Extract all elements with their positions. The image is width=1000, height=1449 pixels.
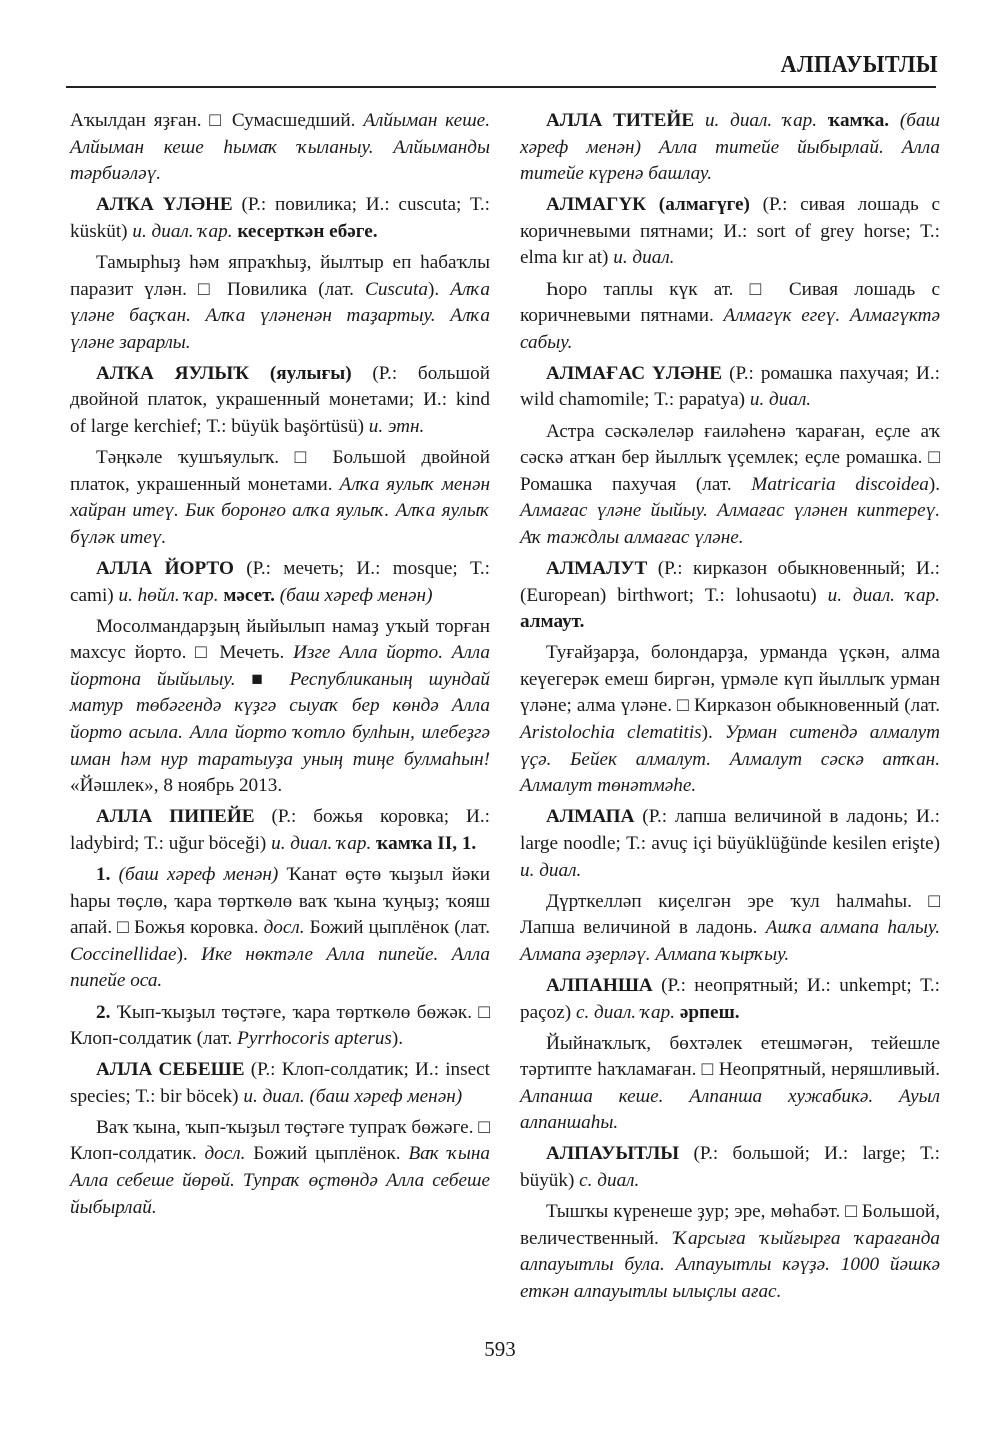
body-text: ). — [428, 279, 450, 300]
body-text: ■ — [236, 669, 290, 690]
dictionary-paragraph: 2. Ҡып-ҡыҙыл төҫтәге, ҡара төрткөлө бөжә… — [70, 1000, 490, 1053]
dictionary-paragraph: Дүрткелләп киҫелгән эре ҡул һалмаһы. □ Л… — [520, 889, 940, 969]
dictionary-paragraph: Мосолмандарҙың йыйылып намаҙ уҡый торған… — [70, 614, 490, 800]
dictionary-paragraph: Тәңкәле ҡушъяулыҡ. □ Большой двойной пла… — [70, 445, 490, 551]
body-text: ). — [392, 1028, 403, 1049]
body-text: Аҡылдан яҙған. □ Сумасшедший. — [70, 110, 363, 131]
body-text — [694, 110, 705, 131]
italic-text: Алмағас үләне йыйыу. Алмағас үләнен кипт… — [520, 500, 940, 548]
dictionary-paragraph: Йыйнаҡлыҡ, бөхтәлек етешмәгән, тейешле т… — [520, 1031, 940, 1137]
body-text: Божий цыплёнок. — [245, 1143, 408, 1164]
dictionary-paragraph: АЛПАУЫТЛЫ (Р.: большой; И.: large; Т.: b… — [520, 1141, 940, 1194]
headword-text: АЛМАГҮК (алмагүге) — [546, 194, 750, 215]
headword-text: кесерткән ебәге. — [237, 221, 377, 242]
italic-text: (баш хәреф менән) — [119, 864, 279, 885]
italic-text: и. диал. (баш хәреф менән) — [243, 1086, 462, 1107]
headword-text: ҡамҡа. — [828, 110, 889, 131]
dictionary-paragraph: Туғайҙарҙа, болондарҙа, урманда үҫкән, а… — [520, 640, 940, 800]
dictionary-paragraph: АЛМАЛУТ (Р.: кирказон обыкновенный; И.: … — [520, 556, 940, 636]
dictionary-paragraph: АЛМАПА (Р.: лапша величиной в ладонь; И.… — [520, 804, 940, 884]
italic-text: Coccinellidae — [70, 944, 177, 965]
dictionary-paragraph: АЛҠА ҮЛӘНЕ (Р.: повилика; И.: cuscuta; Т… — [70, 192, 490, 245]
body-text: «Йәшлек», 8 ноябрь 2013. — [70, 775, 282, 796]
dictionary-paragraph: АЛҠА ЯУЛЫҠ (яулығы) (Р.: большой двойной… — [70, 361, 490, 441]
headword-text: ҡамҡа II, 1. — [376, 833, 476, 854]
dictionary-paragraph: Астра сәскәлеләр ғаиләһенә ҡараған, еҫле… — [520, 419, 940, 552]
italic-text: Matricaria discoidea — [751, 474, 928, 495]
body-text: ). — [929, 474, 940, 495]
dictionary-paragraph: Һоро таплы күк ат. □ Сивая лошадь с кори… — [520, 277, 940, 357]
headword-text: алмаут. — [520, 611, 584, 632]
dictionary-paragraph: АЛЛА ПИПЕЙЕ (Р.: божья коровка; И.: lady… — [70, 804, 490, 857]
dictionary-paragraph: Тамырһыҙ һәм япраҡһыҙ, йылтыр еп һабаҡлы… — [70, 250, 490, 356]
entry-continuation: Аҡылдан яҙған. □ Сумасшедший. Алйыман ке… — [70, 108, 490, 188]
headword-text: АЛПАНША — [546, 975, 653, 996]
italic-text: досл. — [204, 1143, 245, 1164]
italic-text: и. диал. ҡар. — [705, 110, 817, 131]
headword-text: АЛМАЛУТ — [546, 558, 647, 579]
headword-text: АЛМАҒАС ҮЛӘНЕ — [546, 363, 722, 384]
headword-text: 2. — [96, 1002, 110, 1023]
running-head: АЛПАУЫТЛЫ — [781, 52, 938, 79]
dictionary-paragraph: Тышҡы күренеше ҙур; эре, мөһабәт. □ Боль… — [520, 1199, 940, 1305]
headword-text: АЛЛА СЕБЕШЕ — [96, 1059, 245, 1080]
italic-text: досл. — [264, 917, 305, 938]
italic-text: с. диал. — [579, 1170, 639, 1191]
dictionary-paragraph: 1. (баш хәреф менән) Ҡанат өҫтө ҡыҙыл йә… — [70, 862, 490, 995]
headword-text: АЛПАУЫТЛЫ — [546, 1143, 679, 1164]
italic-text: Cuscuta — [365, 279, 428, 300]
body-text — [110, 864, 118, 885]
italic-text: и. диал. ҡар. — [132, 221, 232, 242]
headword-text: АЛЛА ПИПЕЙЕ — [96, 806, 255, 827]
italic-text: Aristolochia clematitis — [520, 722, 702, 743]
italic-text: и. диал. — [613, 247, 674, 268]
page-number: 593 — [0, 1337, 1000, 1362]
dictionary-paragraph: АЛЛА ТИТЕЙЕ и. диал. ҡар. ҡамҡа. (баш хә… — [520, 108, 940, 188]
body-text: Туғайҙарҙа, болондарҙа, урманда үҫкән, а… — [520, 642, 940, 716]
dictionary-paragraph: Ваҡ ҡына, ҡып-ҡыҙыл төҫтәге тупраҡ бөжәг… — [70, 1115, 490, 1221]
italic-text: с. диал. ҡар. — [576, 1002, 675, 1023]
body-text: ). — [702, 722, 725, 743]
body-text: ). — [177, 944, 202, 965]
headword-text: АЛЛА ТИТЕЙЕ — [546, 110, 694, 131]
body-text: Йыйнаҡлыҡ, бөхтәлек етешмәгән, тейешле т… — [520, 1033, 940, 1081]
body-text — [817, 110, 828, 131]
headword-text: АЛҠА ҮЛӘНЕ — [96, 194, 233, 215]
dictionary-paragraph: АЛПАНША (Р.: неопрятный; И.: unkempt; Т.… — [520, 973, 940, 1026]
dictionary-paragraph: АЛЛА СЕБЕШЕ (Р.: Клоп-солдатик; И.: inse… — [70, 1057, 490, 1110]
italic-text: и. диал. ҡар. — [828, 585, 940, 606]
body-text: Божий цыплёнок (лат. — [305, 917, 490, 938]
italic-text: и. һөйл. ҡар. — [118, 585, 218, 606]
headword-text: 1. — [96, 864, 110, 885]
dictionary-paragraph: АЛМАГҮК (алмагүге) (Р.: сивая лошадь с к… — [520, 192, 940, 272]
italic-text: (баш хәреф менән) — [280, 585, 433, 606]
left-column: Аҡылдан яҙған. □ Сумасшедший. Алйыман ке… — [70, 108, 490, 1226]
italic-text: и. диал. ҡар. — [271, 833, 371, 854]
headword-text: мәсет. — [223, 585, 275, 606]
italic-text: и. диал. — [750, 389, 811, 410]
headword-text: АЛЛА ЙОРТО — [96, 558, 234, 579]
headword-text: АЛҠА ЯУЛЫҠ (яулығы) — [96, 363, 352, 384]
dictionary-paragraph: АЛЛА ЙОРТО (Р.: мечеть; И.: mosque; Т.: … — [70, 556, 490, 609]
dictionary-paragraph: АЛМАҒАС ҮЛӘНЕ (Р.: ромашка пахучая; И.: … — [520, 361, 940, 414]
right-column: АЛЛА ТИТЕЙЕ и. диал. ҡар. ҡамҡа. (баш хә… — [520, 108, 940, 1310]
italic-text: Алпанша кеше. Алпанша хужабикә. Ауыл алп… — [520, 1086, 940, 1134]
headword-text: әрпеш. — [680, 1002, 740, 1023]
italic-text: и. диал. — [520, 860, 581, 881]
body-text — [889, 110, 900, 131]
italic-text: Pyrrhocoris apterus — [237, 1028, 392, 1049]
italic-text: и. этн. — [369, 416, 425, 437]
header-rule — [66, 86, 936, 88]
headword-text: АЛМАПА — [546, 806, 634, 827]
